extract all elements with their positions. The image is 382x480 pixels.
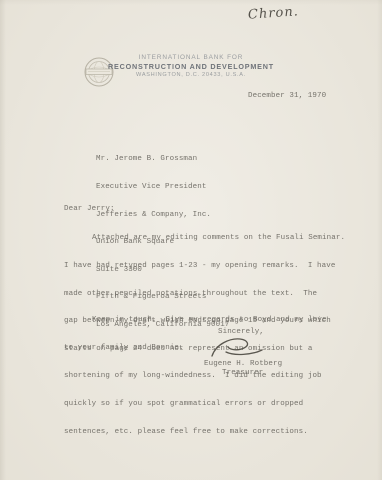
signatory-name: Eugene H. Rotberg [204,360,282,369]
salutation: Dear Jerry: [64,205,115,214]
letter-page: Chron. INTERNATIONAL BANK FOR RECONSTRUC… [0,0,382,480]
signatory-title: Treasurer [222,369,263,378]
body-line: Attached are my editing comments on the … [64,234,342,243]
letterhead-line2: RECONSTRUCTION AND DEVELOPMENT [0,62,382,71]
body-line: I have had retyped pages 1-23 - my openi… [64,262,342,271]
handwritten-chron-note: Chron. [248,4,300,23]
letterhead-line1: INTERNATIONAL BANK FOR [0,54,382,61]
recipient-line: Mr. Jerome B. Grossman [96,155,229,164]
body-line: sentences, etc. please feel free to make… [64,428,342,437]
body-paragraph-2: Keep in touch. Give my regards to Boyd a… [64,298,342,372]
letterhead-line3: WASHINGTON, D.C. 20433, U.S.A. [0,72,382,78]
letter-date: December 31, 1970 [248,92,326,101]
body-line: Keep in touch. Give my regards to Boyd a… [64,316,342,325]
body-line: quickly so if you spot grammatical error… [64,400,342,409]
handwritten-signature-icon [206,336,276,362]
recipient-line: Executive Vice President [96,183,229,192]
body-line: to your family and Bonnie. [64,344,342,353]
body-line: shortening of my long-windedness. I did … [64,372,342,381]
